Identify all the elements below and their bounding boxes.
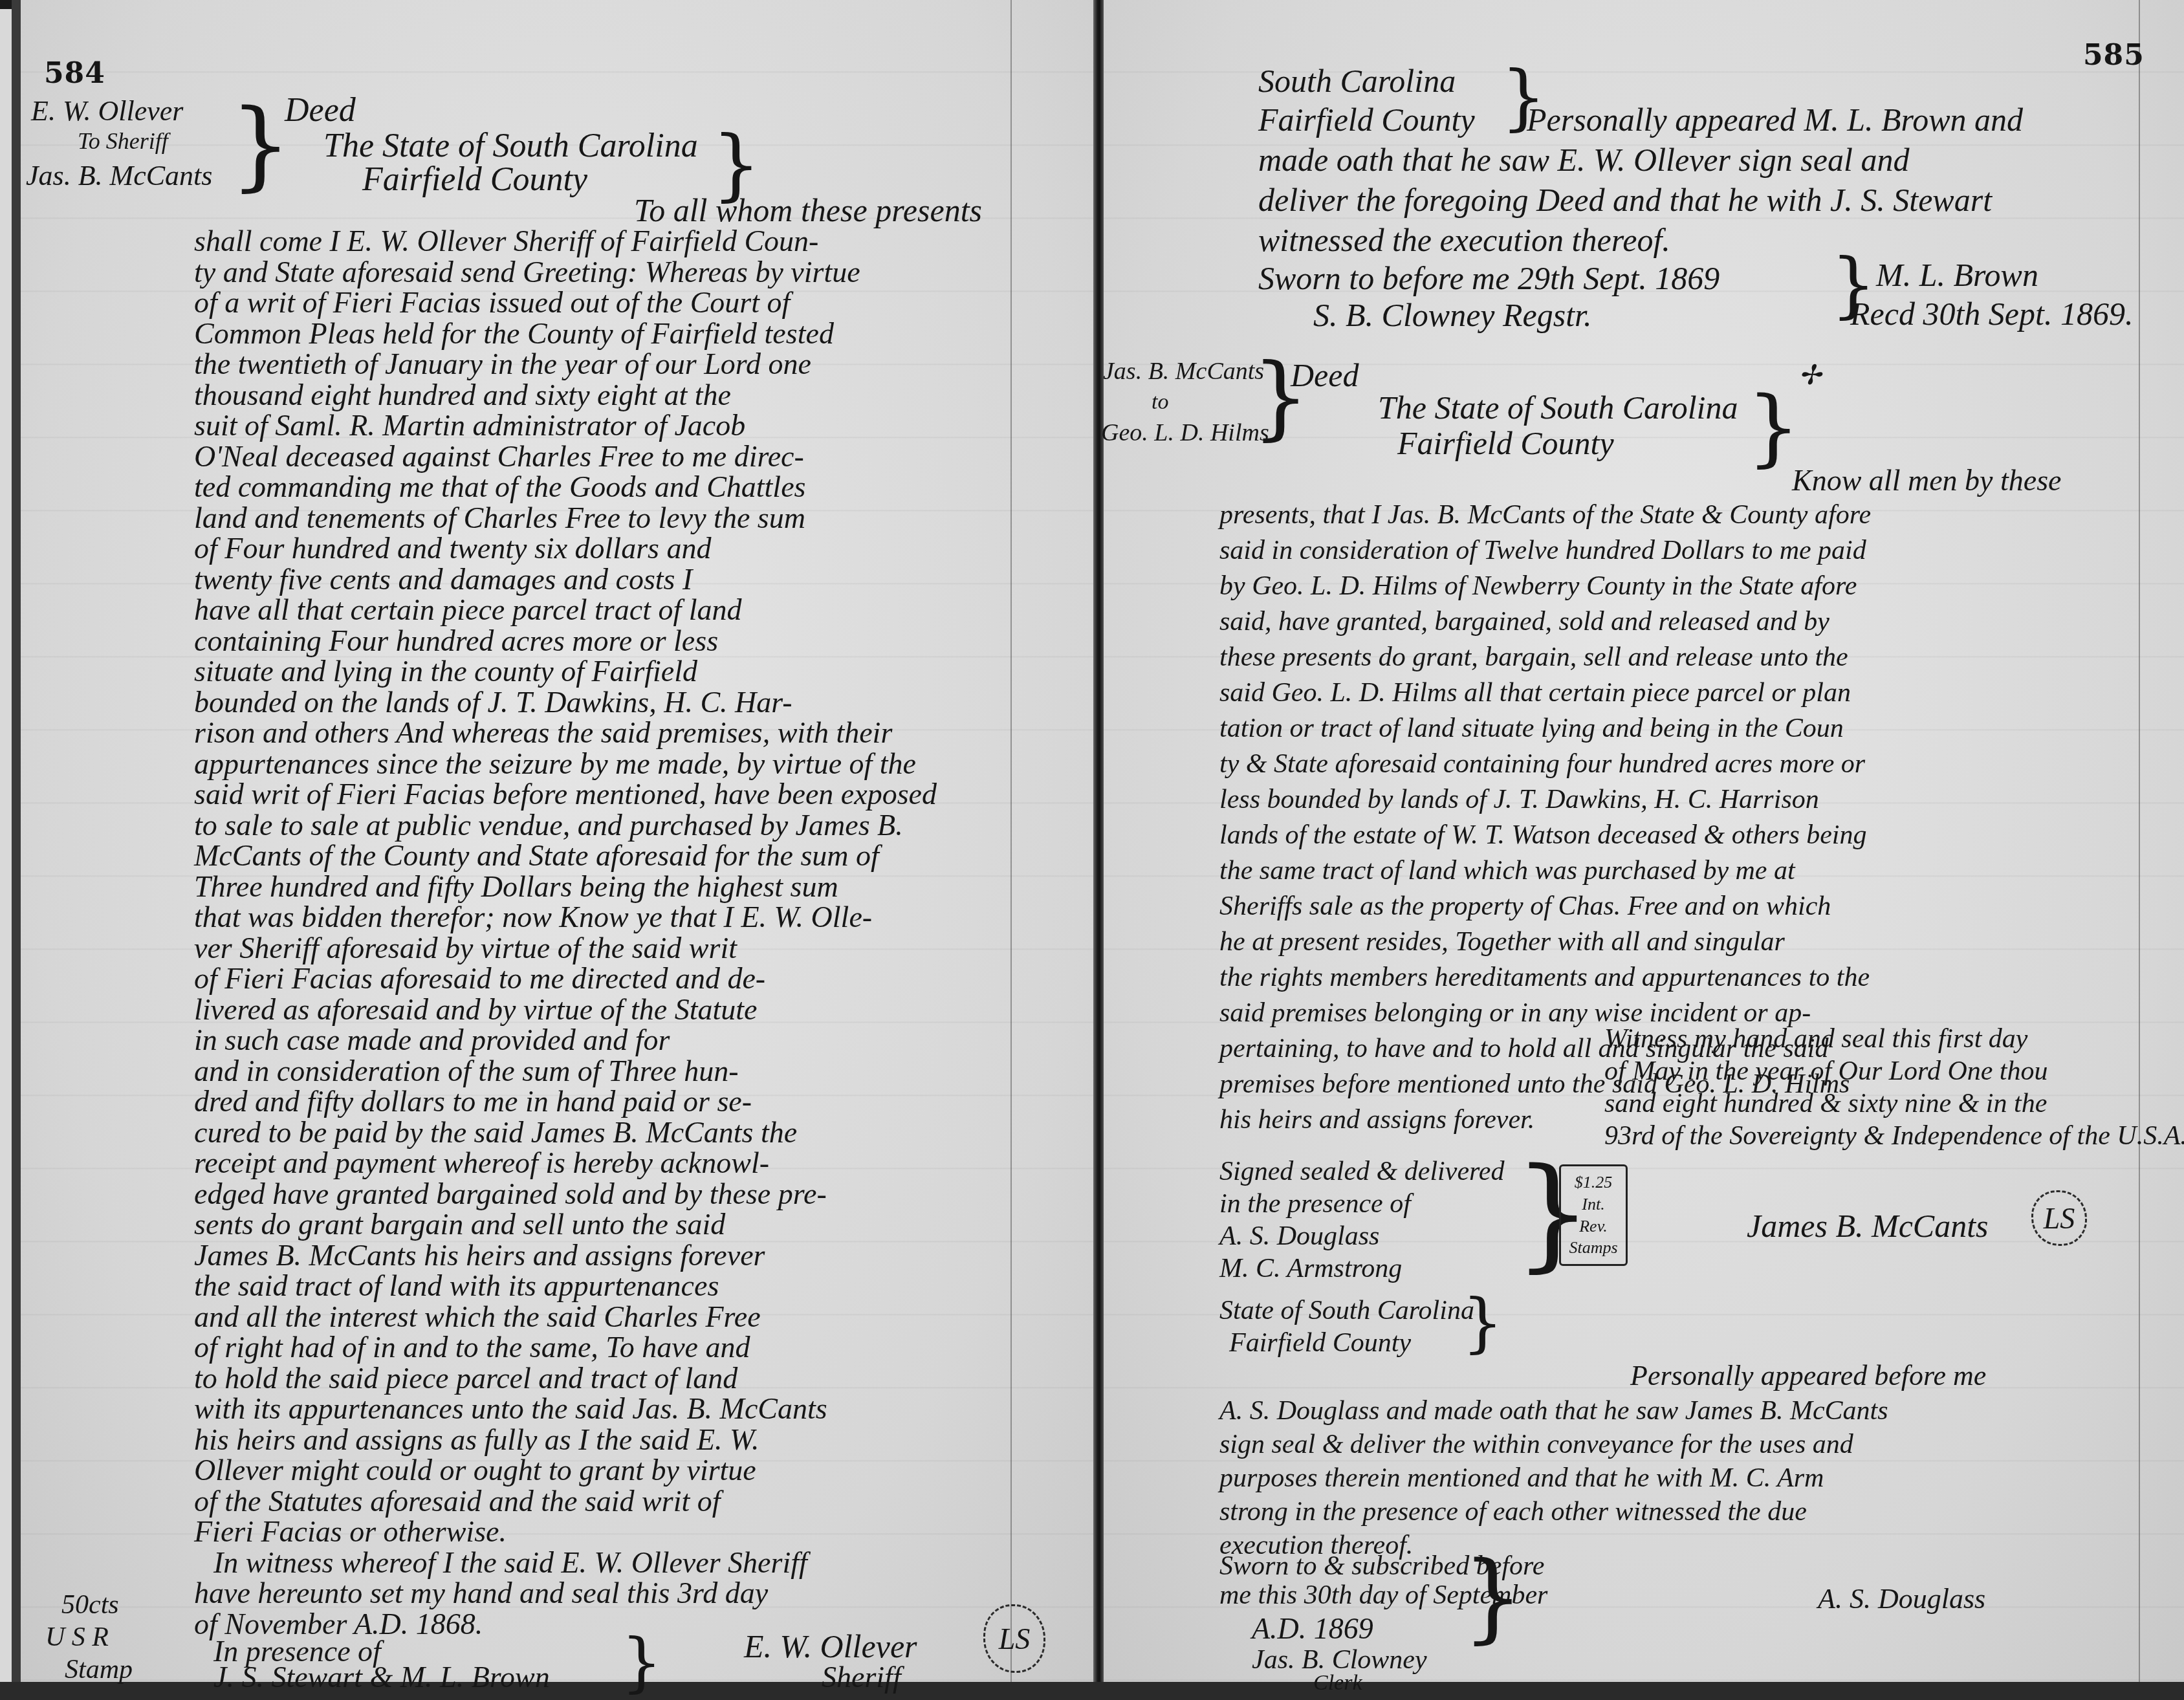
handwritten-line: said in consideration of Twelve hundred … — [1219, 537, 1866, 564]
ledger-spread: 584 E. W. Ollever To Sheriff Jas. B. McC… — [0, 0, 2184, 1682]
handwritten-line: cured to be paid by the said James B. Mc… — [194, 1118, 797, 1148]
handwritten-line: the rights members hereditaments and app… — [1219, 964, 1870, 991]
handwritten-line: of May in the year of Our Lord One thou — [1604, 1058, 2048, 1085]
deed2-opening: Know all men by these — [1792, 466, 2062, 496]
handwritten-line: O'Neal deceased against Charles Free to … — [194, 442, 804, 472]
handwritten-line: presents, that I Jas. B. McCants of the … — [1219, 501, 1871, 529]
affidavit1-line: Personally appeared M. L. Brown and — [1527, 104, 2023, 136]
witness-names: J. S. Stewart & M. L. Brown — [213, 1662, 550, 1682]
handwritten-line: bounded on the lands of J. T. Dawkins, H… — [194, 688, 792, 717]
handwritten-line: Three hundred and fifty Dollars being th… — [194, 872, 838, 902]
handwritten-line: said writ of Fieri Facias before mention… — [194, 779, 937, 809]
handwritten-line: tation or tract of land situate lying an… — [1219, 715, 1844, 742]
handwritten-line: and in consideration of the sum of Three… — [194, 1056, 739, 1086]
handwritten-line: strong in the presence of each other wit… — [1219, 1498, 1807, 1525]
stamp-note-amount: 50cts — [61, 1591, 119, 1618]
handwritten-line: the twentieth of January in the year of … — [194, 349, 811, 379]
handwritten-line: of Four hundred and twenty six dollars a… — [194, 534, 711, 563]
handwritten-line: have all that certain piece parcel tract… — [194, 595, 742, 625]
handwritten-line: situate and lying in the county of Fairf… — [194, 657, 697, 686]
deed2-heading-county: Fairfield County — [1397, 427, 1614, 459]
affidavit1-heading-state: South Carolina — [1258, 65, 1456, 97]
affidavit2-heading-county: Fairfield County — [1229, 1329, 1411, 1357]
stamp-note-usr: U S R — [45, 1624, 109, 1651]
affidavit1-line: made oath that he saw E. W. Ollever sign… — [1258, 144, 1909, 176]
handwritten-line: appurtenances since the seizure by me ma… — [194, 749, 916, 779]
handwritten-line: rison and others And whereas the said pr… — [194, 718, 892, 748]
handwritten-line: ver Sheriff aforesaid by virtue of the s… — [194, 933, 737, 963]
affidavit1-heading-county: Fairfield County — [1258, 104, 1475, 136]
handwritten-line: sand eight hundred & sixty nine & in the — [1604, 1090, 2047, 1117]
handwritten-line: less bounded by lands of J. T. Dawkins, … — [1219, 786, 1819, 813]
handwritten-line: purposes therein mentioned and that he w… — [1219, 1465, 1824, 1492]
handwritten-line: of the Statutes aforesaid and the said w… — [194, 1487, 721, 1516]
stamp-note-stamp: Stamp — [65, 1656, 133, 1682]
affidavit2-opening: Personally appeared before me — [1630, 1362, 1986, 1390]
handwritten-line: sign seal & deliver the within conveyanc… — [1219, 1431, 1853, 1458]
stamp-line: Rev. — [1567, 1215, 1619, 1237]
margin-index-to: To Sheriff — [78, 129, 168, 153]
handwritten-line: thousand eight hundred and sixty eight a… — [194, 380, 731, 410]
handwritten-line: with its appurtenances unto the said Jas… — [194, 1394, 827, 1424]
deed2-witness-2: M. C. Armstrong — [1219, 1255, 1402, 1282]
handwritten-line: the said tract of land with its appurten… — [194, 1271, 719, 1301]
handwritten-line: land and tenements of Charles Free to le… — [194, 503, 805, 533]
handwritten-line: suit of Saml. R. Martin administrator of… — [194, 411, 745, 441]
affidavit1-register: S. B. Clowney Regstr. — [1313, 299, 1592, 331]
handwritten-line: ted commanding me that of the Goods and … — [194, 472, 805, 502]
recorded-date: Recd 30th Sept. 1869. — [1850, 298, 2133, 330]
sheriff-title: Sheriff — [822, 1662, 901, 1682]
handwritten-line: these presents do grant, bargain, sell a… — [1219, 644, 1848, 671]
deed2-margin-grantor: Jas. B. McCants — [1103, 359, 1264, 384]
handwritten-line: Witness my hand and seal this first day — [1604, 1025, 2028, 1052]
handwritten-line: shall come I E. W. Ollever Sheriff of Fa… — [194, 226, 818, 256]
handwritten-line: A. S. Douglass and made oath that he saw… — [1219, 1397, 1888, 1424]
witness-brace: } — [621, 1630, 662, 1682]
handwritten-line: said, have granted, bargained, sold and … — [1219, 608, 1829, 635]
handwritten-line: dred and fifty dollars to me in hand pai… — [194, 1087, 752, 1117]
handwritten-line: James B. McCants his heirs and assigns f… — [194, 1241, 765, 1270]
deed2-margin-grantee: Geo. L. D. Hilms — [1101, 420, 1269, 445]
handwritten-line: livered as aforesaid and by virtue of th… — [194, 995, 757, 1025]
handwritten-line: his heirs and assigns forever. — [1219, 1106, 1534, 1133]
sheriff-signature: E. W. Ollever — [744, 1630, 917, 1662]
deed-heading-state: The State of South Carolina — [323, 129, 698, 163]
stamp-line: Int. — [1567, 1193, 1619, 1215]
deed-opening: To all whom these presents — [634, 194, 982, 226]
affidavit1-line: witnessed the execution thereof. — [1258, 224, 1670, 256]
handwritten-line: edged have granted bargained sold and by… — [194, 1179, 827, 1209]
handwritten-line: Common Pleas held for the County of Fair… — [194, 319, 834, 349]
handwritten-line: containing Four hundred acres more or le… — [194, 626, 718, 656]
handwritten-line: of right had of in and to the same, To h… — [194, 1333, 750, 1362]
handwritten-line: 93rd of the Sovereignty & Independence o… — [1604, 1122, 2184, 1150]
handwritten-line: ty and State aforesaid send Greeting: Wh… — [194, 257, 860, 287]
deed2-margin-to: to — [1152, 391, 1168, 413]
handwritten-line: of Fieri Facias aforesaid to me directed… — [194, 964, 765, 994]
handwritten-line: receipt and payment whereof is hereby ac… — [194, 1148, 769, 1178]
handwritten-line: said premises belonging or in any wise i… — [1219, 999, 1811, 1027]
handwritten-line: ty & State aforesaid containing four hun… — [1219, 750, 1865, 778]
margin-rule — [1010, 0, 1012, 1682]
douglass-signature: A. S. Douglass — [1818, 1585, 1985, 1613]
deed-heading-county: Fairfield County — [362, 163, 587, 197]
page-number-left: 584 — [44, 57, 105, 90]
handwritten-line: Fieri Facias or otherwise. — [194, 1517, 507, 1547]
sworn-brace: } — [1462, 1549, 1523, 1646]
deed2-witness-1: A. S. Douglass — [1219, 1223, 1379, 1250]
margin-index-grantor: E. W. Ollever — [31, 97, 183, 125]
handwritten-line: have hereunto set my hand and seal this … — [194, 1578, 768, 1608]
margin-brace: } — [230, 97, 291, 194]
handwritten-line: In witness whereof I the said E. W. Olle… — [213, 1548, 807, 1578]
margin-index-grantee: Jas. B. McCants — [26, 162, 212, 190]
presence-label: in the presence of — [1219, 1190, 1411, 1217]
affidavit2-brace: } — [1462, 1291, 1503, 1355]
handwritten-line: sents do grant bargain and sell unto the… — [194, 1210, 725, 1239]
clerk-name: Jas. B. Clowney — [1252, 1646, 1427, 1673]
deed-label: Deed — [285, 94, 356, 127]
handwritten-line: lands of the estate of W. T. Watson dece… — [1219, 822, 1867, 849]
clerk-title: Clerk — [1313, 1672, 1362, 1682]
handwritten-line: of a writ of Fieri Facias issued out of … — [194, 288, 790, 318]
handwritten-line: Sheriffs sale as the property of Chas. F… — [1219, 893, 1831, 920]
handwritten-line: that was bidden therefor; now Know ye th… — [194, 902, 872, 932]
stamp-line: Stamps — [1567, 1237, 1619, 1259]
affidavit1-sworn: Sworn to before me 29th Sept. 1869 — [1258, 262, 1720, 294]
stamp-amount: $1.25 — [1567, 1171, 1619, 1193]
affidavit1-signer: M. L. Brown — [1876, 259, 2038, 291]
handwritten-line: and all the interest which the said Char… — [194, 1302, 761, 1332]
handwritten-line: he at present resides, Together with all… — [1219, 928, 1785, 955]
deed2-heading-state: The State of South Carolina — [1378, 391, 1738, 424]
handwritten-line: his heirs and assigns as fully as I the … — [194, 1425, 759, 1455]
handwritten-line: to sale to sale at public vendue, and pu… — [194, 811, 903, 840]
handwritten-line: McCants of the County and State aforesai… — [194, 841, 879, 871]
handwritten-line: Ollever might could or ought to grant by… — [194, 1455, 756, 1485]
margin-rule — [2139, 0, 2140, 1682]
affidavit2-heading-state: State of South Carolina — [1219, 1297, 1474, 1324]
revenue-stamp-note: $1.25 Int. Rev. Stamps — [1559, 1164, 1628, 1266]
book-gutter — [1093, 0, 1104, 1682]
mccants-signature: James B. McCants — [1747, 1210, 1989, 1242]
sworn-line: A.D. 1869 — [1252, 1614, 1373, 1644]
affidavit1-line: deliver the foregoing Deed and that he w… — [1258, 184, 1992, 216]
deed2-label: Deed — [1291, 359, 1359, 391]
seal-icon: LS — [983, 1604, 1045, 1673]
handwritten-line: in such case made and provided and for — [194, 1025, 670, 1055]
handwritten-line: to hold the said piece parcel and tract … — [194, 1364, 737, 1393]
ink-blot-icon: ✢ — [1798, 362, 1821, 389]
handwritten-line: by Geo. L. D. Hilms of Newberry County i… — [1219, 572, 1857, 600]
deed2-heading-brace: } — [1747, 385, 1800, 469]
handwritten-line: twenty five cents and damages and costs … — [194, 565, 692, 594]
handwritten-line: said Geo. L. D. Hilms all that certain p… — [1219, 679, 1851, 706]
handwritten-line: the same tract of land which was purchas… — [1219, 857, 1795, 884]
signed-label: Signed sealed & delivered — [1219, 1158, 1504, 1185]
seal-icon: LS — [2031, 1190, 2087, 1246]
page-number-right: 585 — [2083, 39, 2145, 72]
